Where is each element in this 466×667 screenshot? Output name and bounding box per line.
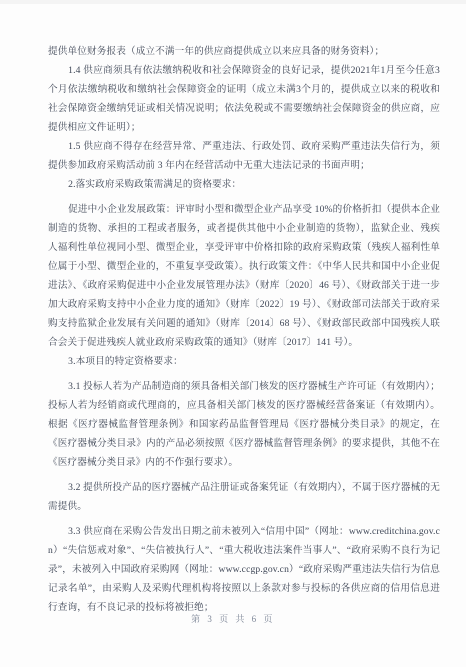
paragraph: 提供单位财务报表（成立不满一年的供应商提供成立以来应具备的财务资料）； — [48, 42, 440, 61]
scan-edge-artifact — [0, 0, 466, 4]
paragraph: 2.落实政府采购政策需满足的资格要求： — [48, 175, 440, 194]
paragraph: 1.4 供应商须具有依法缴纳税收和社会保障资金的良好记录，提供2021年1月至今… — [48, 61, 440, 137]
paragraph: 3.1 投标人若为产品制造商的须具备相关部门核发的医疗器械生产许可证（有效期内）… — [48, 377, 440, 472]
document-page: 提供单位财务报表（成立不满一年的供应商提供成立以来应具备的财务资料）；1.4 供… — [0, 0, 466, 667]
paragraph: 3.本项目的特定资格要求： — [48, 352, 440, 371]
paragraph: 促进中小企业发展政策：评审时小型和微型企业产品享受 10%的价格折扣（提供本企业… — [48, 200, 440, 352]
paragraph: 3.3 供应商在采购公告发出日期之前未被列入“信用中国”（网址：www.cred… — [48, 522, 440, 617]
page-footer: 第 3 页 共 6 页 — [0, 612, 466, 625]
paragraph: 3.2 提供所投产品的医疗器械产品注册证或备案凭证（有效期内），不属于医疗器械的… — [48, 478, 440, 516]
document-body: 提供单位财务报表（成立不满一年的供应商提供成立以来应具备的财务资料）；1.4 供… — [48, 42, 440, 617]
paragraph: 1.5 供应商不得存在经营异常、严重违法、行政处罚、政府采购严重违法失信行为，须… — [48, 137, 440, 175]
